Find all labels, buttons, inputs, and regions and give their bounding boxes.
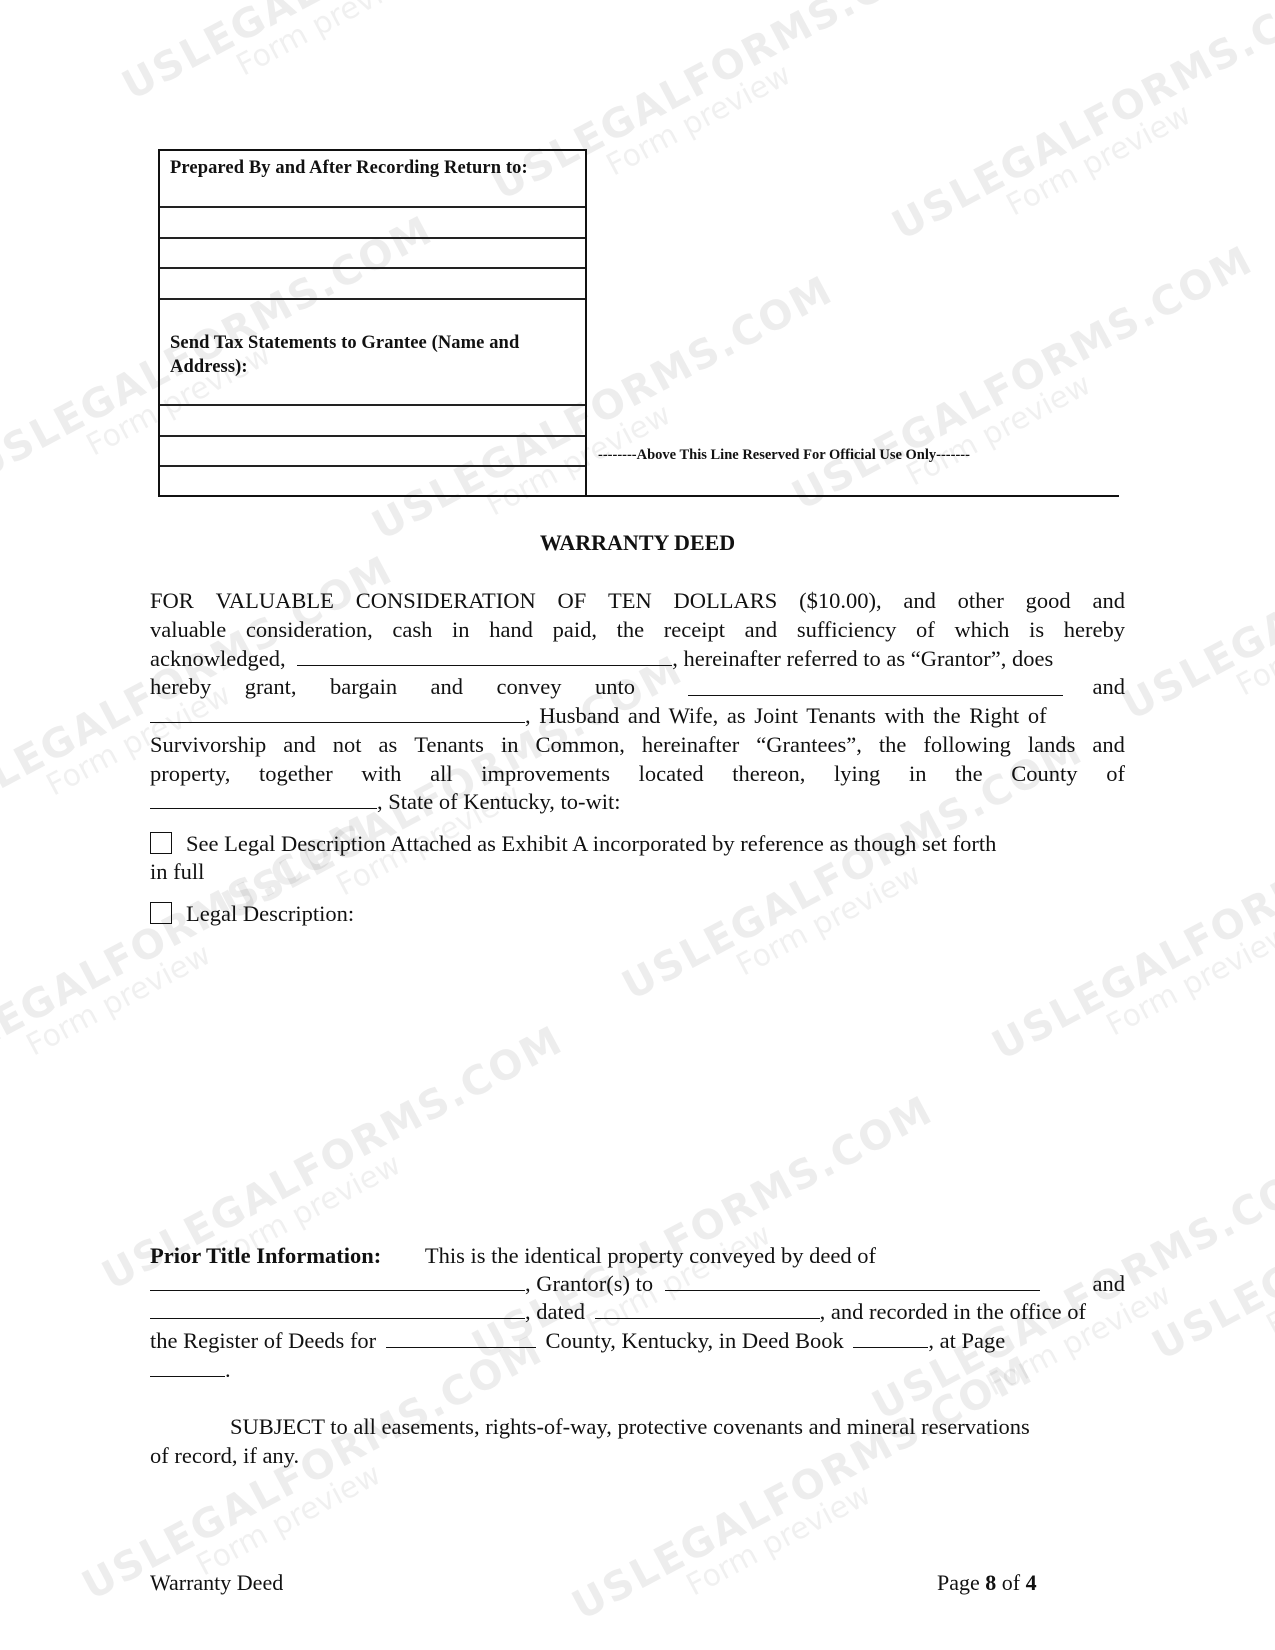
- word: and: [1092, 587, 1125, 615]
- prior-title-line-2: , Grantor(s) to and: [150, 1270, 1125, 1298]
- deed-page-field[interactable]: [150, 1356, 225, 1377]
- consideration-line-6: SurvivorshipandnotasTenantsinCommon,here…: [150, 731, 1125, 759]
- word: sufficiency: [797, 616, 897, 644]
- watermark: USLEGALFORMS.COMForm preview: [885, 0, 1275, 275]
- word: and: [903, 587, 936, 615]
- word: grant,: [245, 673, 297, 701]
- word: hereby: [1064, 616, 1125, 644]
- exhibit-a-checkbox[interactable]: [150, 832, 172, 854]
- word: located: [639, 760, 704, 788]
- exhibit-a-label: See Legal Description Attached as Exhibi…: [186, 831, 996, 856]
- send-tax-row: Send Tax Statements to Grantee (Name and…: [160, 300, 585, 406]
- consideration-line-2: valuableconsideration,cashinhandpaid,the…: [150, 616, 1125, 644]
- consideration-line-5: , Husband and Wife, as Joint Tenants wit…: [150, 702, 1125, 730]
- word: cash: [392, 616, 432, 644]
- word: unto: [595, 673, 635, 701]
- word: thereon,: [732, 760, 805, 788]
- prior-grantee-2-field[interactable]: [150, 1298, 525, 1319]
- word: good: [1026, 587, 1071, 615]
- word: DOLLARS: [674, 587, 778, 615]
- word: OF: [557, 587, 586, 615]
- state-text: , State of Kentucky, to-wit:: [377, 789, 621, 814]
- word: improvements: [481, 760, 610, 788]
- prior-title-line-4: the Register of Deeds for County, Kentuc…: [150, 1327, 1125, 1355]
- acknowledged-text: acknowledged,: [150, 646, 286, 671]
- word: ($10.00),: [799, 587, 882, 615]
- word: in: [452, 616, 470, 644]
- prior-title-label: Prior Title Information:: [150, 1243, 381, 1268]
- word: other: [958, 587, 1004, 615]
- page-word: Page: [937, 1570, 980, 1595]
- option-exhibit-a: See Legal Description Attached as Exhibi…: [150, 830, 1125, 858]
- prior-title-line-5: .: [150, 1356, 1125, 1384]
- watermark: USLEGALFORMS.COMForm preview: [115, 0, 604, 135]
- word: lying: [834, 760, 880, 788]
- exhibit-a-label-cont: in full: [150, 859, 204, 884]
- word: TEN: [608, 587, 652, 615]
- word: in: [501, 731, 519, 759]
- grantee-1-field[interactable]: [688, 675, 1063, 696]
- send-tax-line-2[interactable]: [160, 437, 585, 467]
- word: receipt: [664, 616, 725, 644]
- word: hand: [489, 616, 533, 644]
- option-exhibit-a-cont: in full: [150, 858, 1125, 886]
- prior-title-line-3: , dated , and recorded in the office of: [150, 1298, 1125, 1326]
- joint-tenants-text: , Husband and Wife, as Joint Tenants wit…: [525, 703, 1047, 728]
- official-use-notice: --------Above This Line Reserved For Off…: [598, 447, 970, 464]
- word: hereby: [150, 673, 211, 701]
- page-total: 4: [1026, 1570, 1037, 1595]
- word: and: [431, 673, 464, 701]
- word: the: [955, 760, 983, 788]
- county-kentucky-text: County, Kentucky, in Deed Book: [545, 1328, 843, 1353]
- send-tax-line-1[interactable]: [160, 406, 585, 437]
- grantor-ref-text: , hereinafter referred to as “Grantor”, …: [672, 646, 1053, 671]
- official-use-divider: [587, 495, 1119, 497]
- deed-book-field[interactable]: [853, 1327, 928, 1348]
- word: valuable: [150, 616, 226, 644]
- prepared-by-line-3[interactable]: [160, 269, 585, 300]
- at-page-text: , at Page: [928, 1328, 1005, 1353]
- dated-text: , dated: [525, 1299, 585, 1324]
- document-title: WARRANTY DEED: [0, 530, 1275, 556]
- prior-title-intro: This is the identical property conveyed …: [425, 1243, 876, 1268]
- grantee-2-field[interactable]: [150, 702, 525, 723]
- deed-county-field[interactable]: [386, 1327, 536, 1348]
- subject-text-cont: of record, if any.: [150, 1443, 299, 1468]
- word: property,: [150, 760, 230, 788]
- watermark: USLEGALFORMS.COMForm preview: [785, 237, 1274, 545]
- word: lands: [1028, 731, 1076, 759]
- word: of: [916, 616, 935, 644]
- legal-description-area[interactable]: [150, 935, 1125, 1235]
- prepared-by-line-2[interactable]: [160, 239, 585, 269]
- word: CONSIDERATION: [356, 587, 536, 615]
- word: and: [745, 616, 778, 644]
- word: as: [379, 731, 398, 759]
- register-text: the Register of Deeds for: [150, 1328, 376, 1353]
- prior-grantee-field[interactable]: [665, 1270, 1040, 1291]
- word: “Grantees”,: [756, 731, 862, 759]
- word: the: [617, 616, 645, 644]
- word: and: [1092, 731, 1125, 759]
- prepared-by-row: Prepared By and After Recording Return t…: [160, 151, 585, 208]
- option-legal-description: Legal Description:: [150, 900, 1125, 928]
- word: Common,: [535, 731, 624, 759]
- consideration-line-8: , State of Kentucky, to-wit:: [150, 788, 1125, 816]
- legal-description-label: Legal Description:: [186, 901, 354, 926]
- footer-page-number: Page 8 of 4: [937, 1570, 1037, 1596]
- send-tax-line-3[interactable]: [160, 467, 585, 497]
- word: bargain: [330, 673, 397, 701]
- word: together: [259, 760, 333, 788]
- word: in: [909, 760, 927, 788]
- subject-line-1: SUBJECT to all easements, rights-of-way,…: [150, 1413, 1125, 1441]
- grantor-name-field[interactable]: [297, 645, 672, 666]
- word: Tenants: [414, 731, 484, 759]
- recorded-text: , and recorded in the office of: [820, 1299, 1086, 1324]
- recording-info-box: Prepared By and After Recording Return t…: [158, 149, 587, 497]
- send-tax-label-line2: Address):: [170, 355, 519, 379]
- footer-doc-name: Warranty Deed: [150, 1570, 283, 1596]
- consideration-line-7: property,togetherwithallimprovementsloca…: [150, 760, 1125, 788]
- word: all: [430, 760, 453, 788]
- word: paid,: [553, 616, 597, 644]
- word: and: [283, 731, 316, 759]
- prior-title-line-1: Prior Title Information: This is the ide…: [150, 1242, 1125, 1270]
- word: of: [1106, 760, 1125, 788]
- prepared-by-line-1[interactable]: [160, 208, 585, 239]
- deed-date-field[interactable]: [595, 1298, 820, 1319]
- subject-text: SUBJECT to all easements, rights-of-way,…: [230, 1414, 1030, 1439]
- send-tax-label: Send Tax Statements to Grantee (Name and…: [170, 331, 519, 379]
- word: convey: [497, 673, 562, 701]
- watermark: USLEGALFORMS.COMForm preview: [1145, 1087, 1275, 1395]
- word: Survivorship: [150, 731, 266, 759]
- word: the: [879, 731, 907, 759]
- consideration-line-1: FORVALUABLECONSIDERATIONOFTENDOLLARS($10…: [150, 587, 1125, 615]
- word: FOR: [150, 587, 194, 615]
- convey-words: herebygrant,bargainandconveyunto: [150, 673, 635, 701]
- of-word: of: [1002, 1570, 1020, 1595]
- and-text: and: [1093, 673, 1126, 701]
- word: which: [954, 616, 1009, 644]
- watermark: USLEGALFORMS.COMForm preview: [565, 1347, 1054, 1650]
- period-text: .: [225, 1357, 231, 1382]
- watermark: USLEGALFORMS.COMForm preview: [1115, 447, 1275, 755]
- word: County: [1011, 760, 1077, 788]
- word: following: [923, 731, 1011, 759]
- word: hereinafter: [642, 731, 739, 759]
- grantors-to-text: , Grantor(s) to: [525, 1271, 653, 1296]
- page-current: 8: [985, 1570, 996, 1595]
- word: consideration,: [246, 616, 373, 644]
- word: is: [1029, 616, 1044, 644]
- prior-and-text: and: [1093, 1270, 1126, 1298]
- prepared-by-label: Prepared By and After Recording Return t…: [170, 156, 528, 180]
- subject-line-2: of record, if any.: [150, 1442, 1125, 1470]
- legal-description-checkbox[interactable]: [150, 902, 172, 924]
- word: VALUABLE: [216, 587, 334, 615]
- send-tax-label-line1: Send Tax Statements to Grantee (Name and: [170, 331, 519, 355]
- prior-grantor-field[interactable]: [150, 1270, 525, 1291]
- county-field[interactable]: [150, 788, 377, 809]
- word: with: [361, 760, 401, 788]
- word: not: [333, 731, 362, 759]
- consideration-line-3: acknowledged, , hereinafter referred to …: [150, 645, 1125, 673]
